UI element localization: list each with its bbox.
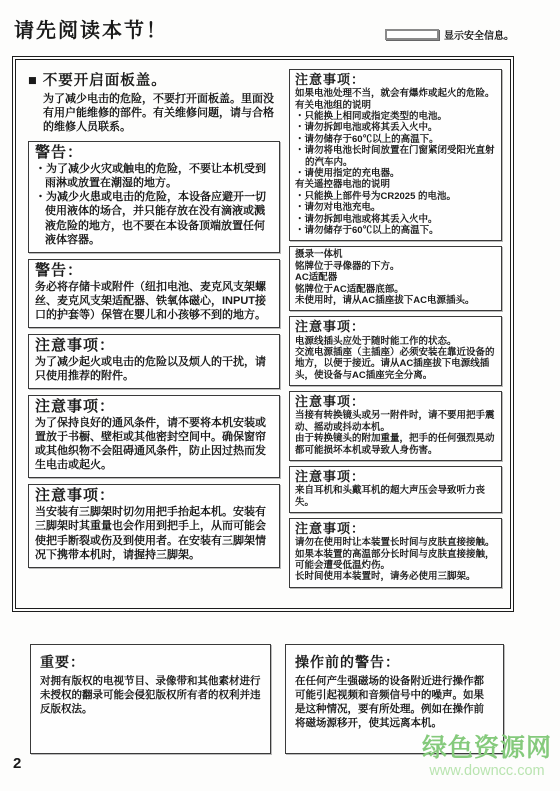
notice-text: 来自耳机和头戴耳机的超大声压会导致听力丧失。 xyxy=(295,485,496,508)
notice-text: 长时间使用本装置时，请务必使用三脚架。 xyxy=(295,571,496,582)
notice-box-skin-contact: 注意事项： 请勿在使用时让本装置长时间与皮肤直接接触。 如果本装置的高温部分长时… xyxy=(289,518,502,588)
warning-box-title: 警告： xyxy=(35,262,273,280)
warning-box-rain: 警告： ・为了减少火灾或触电的危险，不要让本机受到雨淋或放置在潮湿的地方。 ・为… xyxy=(28,141,280,252)
safety-symbol-label: 显示安全信息。 xyxy=(444,27,514,42)
battery-bullet: ・请勿储存于60℃以上的高温下。 xyxy=(295,134,496,145)
notice-text: 请勿在使用时让本装置长时间与皮肤直接接触。 xyxy=(295,537,496,548)
warning-bullet: ・为了减少火灾或触电的危险，不要让本机受到雨淋或放置在潮湿的地方。 xyxy=(35,162,273,190)
battery-bullet: ・请勿拆卸电池或将其丢入火中。 xyxy=(295,122,496,133)
panel-cover-body: 为了减少电击的危险，不要打开面板盖。里面没有用户能维修的部件。有关维修问题，请与… xyxy=(28,92,280,134)
pre-operation-warning-body: 在任何产生强磁场的设备附近进行操作都可能引起视频和音频信号中的噪声。如果是这种情… xyxy=(295,674,494,730)
notice-text: 当安装有三脚架时切勿用把手抬起本机。安装有三脚架时其重量也会作用到把手上，从而可… xyxy=(35,505,273,561)
notice-text: 如果电池处理不当，就会有爆炸或起火的危险。 xyxy=(295,88,496,99)
watermark-site-url: www.downcc.com xyxy=(416,764,558,779)
notice-box-earphones: 注意事项： 来自耳机和头戴耳机的超大声压会导致听力丧失。 xyxy=(289,466,502,513)
warning-box-small-parts: 警告： 务必将存储卡或附件（纽扣电池、麦克风支架螺丝、麦克风支架适配器、铁氧体磁… xyxy=(28,259,280,328)
notice-text: 如果本装置的高温部分长时间与皮肤直接接触，可能会遭受低温灼伤。 xyxy=(295,549,496,572)
notice-box-tripod: 注意事项： 当安装有三脚架时切勿用把手抬起本机。安装有三脚架时其重量也会作用到把… xyxy=(28,484,280,567)
page-title: 请先阅读本节！ xyxy=(14,14,168,43)
notice-box-ventilation: 注意事项： 为了保持良好的通风条件，请不要将本机安装或置放于书橱、壁柜或其他密封… xyxy=(28,395,280,478)
left-column: ■ 不要开启面板盖。 为了减少电击的危险，不要打开面板盖。里面没有用户能维修的部… xyxy=(28,69,280,602)
pre-operation-warning-title: 操作前的警告： xyxy=(295,652,494,672)
notice-box-accessories: 注意事项： 为了减少起火或电击的危险以及烦人的干扰，请只使用推荐的附件。 xyxy=(28,334,280,389)
nameplate-box: 摄录一体机 铭牌位于寻像器的下方。 AC适配器 铭牌位于AC适配器底部。 未使用… xyxy=(289,246,502,311)
nameplate-text: 铭牌位于AC适配器底部。 xyxy=(295,284,496,295)
safety-symbol-placeholder-box xyxy=(385,29,439,40)
notice-box-title: 注意事项： xyxy=(295,521,496,537)
important-title: 重要： xyxy=(40,652,261,672)
safety-symbol-row: 显示安全信息。 xyxy=(385,27,514,42)
notice-text: 电源线插头应处于随时能工作的状态。 xyxy=(295,336,496,347)
remote-battery-bullet: ・请勿拆卸电池或将其丢入火中。 xyxy=(295,214,496,225)
remote-battery-bullet: ・请勿储存于60℃以上的高温下。 xyxy=(295,225,496,236)
page-number: 2 xyxy=(13,755,21,772)
panel-cover-heading: ■ 不要开启面板盖。 xyxy=(28,69,280,90)
notice-text: 交流电源插座（主插座）必须安装在靠近设备的地方，以便于接近。请从AC插座拔下电源… xyxy=(295,347,496,381)
battery-bullet: ・请使用指定的充电器。 xyxy=(295,168,496,179)
notice-box-conversion-lens: 注意事项： 当接有转换镜头或另一附件时，请不要用把手震动、摇动或抖动本机。 由于… xyxy=(289,391,502,461)
notice-text: 为了减少起火或电击的危险以及烦人的干扰，请只使用推荐的附件。 xyxy=(35,355,273,383)
notice-box-title: 注意事项： xyxy=(295,394,496,410)
battery-pack-subhead: 有关电池组的说明 xyxy=(295,100,496,111)
nameplate-text: 未使用时，请从AC插座拔下AC电源插头。 xyxy=(295,295,496,306)
notice-text: 当接有转换镜头或另一附件时，请不要用把手震动、摇动或抖动本机。 xyxy=(295,410,496,433)
notice-box-title: 注意事项： xyxy=(35,487,273,505)
notice-box-title: 注意事项： xyxy=(35,398,273,416)
right-column: 注意事项： 如果电池处理不当，就会有爆炸或起火的危险。 有关电池组的说明 ・只能… xyxy=(289,69,502,602)
battery-bullet: ・只能换上相同或指定类型的电池。 xyxy=(295,111,496,122)
nameplate-text: 铭牌位于寻像器的下方。 xyxy=(295,261,496,272)
notice-box-power-plug: 注意事项： 电源线插头应处于随时能工作的状态。 交流电源插座（主插座）必须安装在… xyxy=(289,316,502,386)
ac-adapter-subhead: AC适配器 xyxy=(295,272,496,283)
notice-box-title: 注意事项： xyxy=(295,319,496,335)
important-copyright-box: 重要： 对拥有版权的电视节目、录像带和其他素材进行未授权的翻录可能会侵犯版权所有… xyxy=(30,644,271,754)
notice-text: 由于转换镜头的附加重量，把手的任何强烈晃动都可能损坏本机或导致人身伤害。 xyxy=(295,433,496,456)
notice-box-title: 注意事项： xyxy=(35,337,273,355)
important-body: 对拥有版权的电视节目、录像带和其他素材进行未授权的翻录可能会侵犯版权所有者的权利… xyxy=(40,674,261,716)
warning-bullet: ・为减少火患或电击的危险，本设备应避开一切使用液体的场合，并只能存放在没有滴液或… xyxy=(35,190,273,246)
remote-battery-bullet: ・请勿对电池充电。 xyxy=(295,202,496,213)
warning-box-title: 警告： xyxy=(35,144,273,162)
watermark-site-name: 绿色资源网 xyxy=(416,736,558,761)
warning-text: 务必将存储卡或附件（纽扣电池、麦克风支架螺丝、麦克风支架适配器、铁氧体磁心，IN… xyxy=(35,280,273,322)
notice-text: 为了保持良好的通风条件，请不要将本机安装或置放于书橱、壁柜或其他密封空间中。确保… xyxy=(35,416,273,472)
panel-cover-section: ■ 不要开启面板盖。 为了减少电击的危险，不要打开面板盖。里面没有用户能维修的部… xyxy=(28,69,280,134)
notice-box-title: 注意事项： xyxy=(295,469,496,485)
battery-bullet: ・请勿将电池长时间放置在门窗紧闭受阳光直射的汽车内。 xyxy=(295,145,496,168)
watermark: 绿色资源网 www.downcc.com xyxy=(416,736,558,779)
remote-battery-subhead: 有关遥控器电池的说明 xyxy=(295,179,496,190)
remote-battery-bullet: ・只能换上部件号为CR2025 的电池。 xyxy=(295,191,496,202)
notice-box-title: 注意事项： xyxy=(295,72,496,88)
main-safety-frame: ■ 不要开启面板盖。 为了减少电击的危险，不要打开面板盖。里面没有用户能维修的部… xyxy=(12,56,514,612)
camcorder-subhead: 摄录一体机 xyxy=(295,249,496,260)
notice-box-battery: 注意事项： 如果电池处理不当，就会有爆炸或起火的危险。 有关电池组的说明 ・只能… xyxy=(289,69,502,241)
